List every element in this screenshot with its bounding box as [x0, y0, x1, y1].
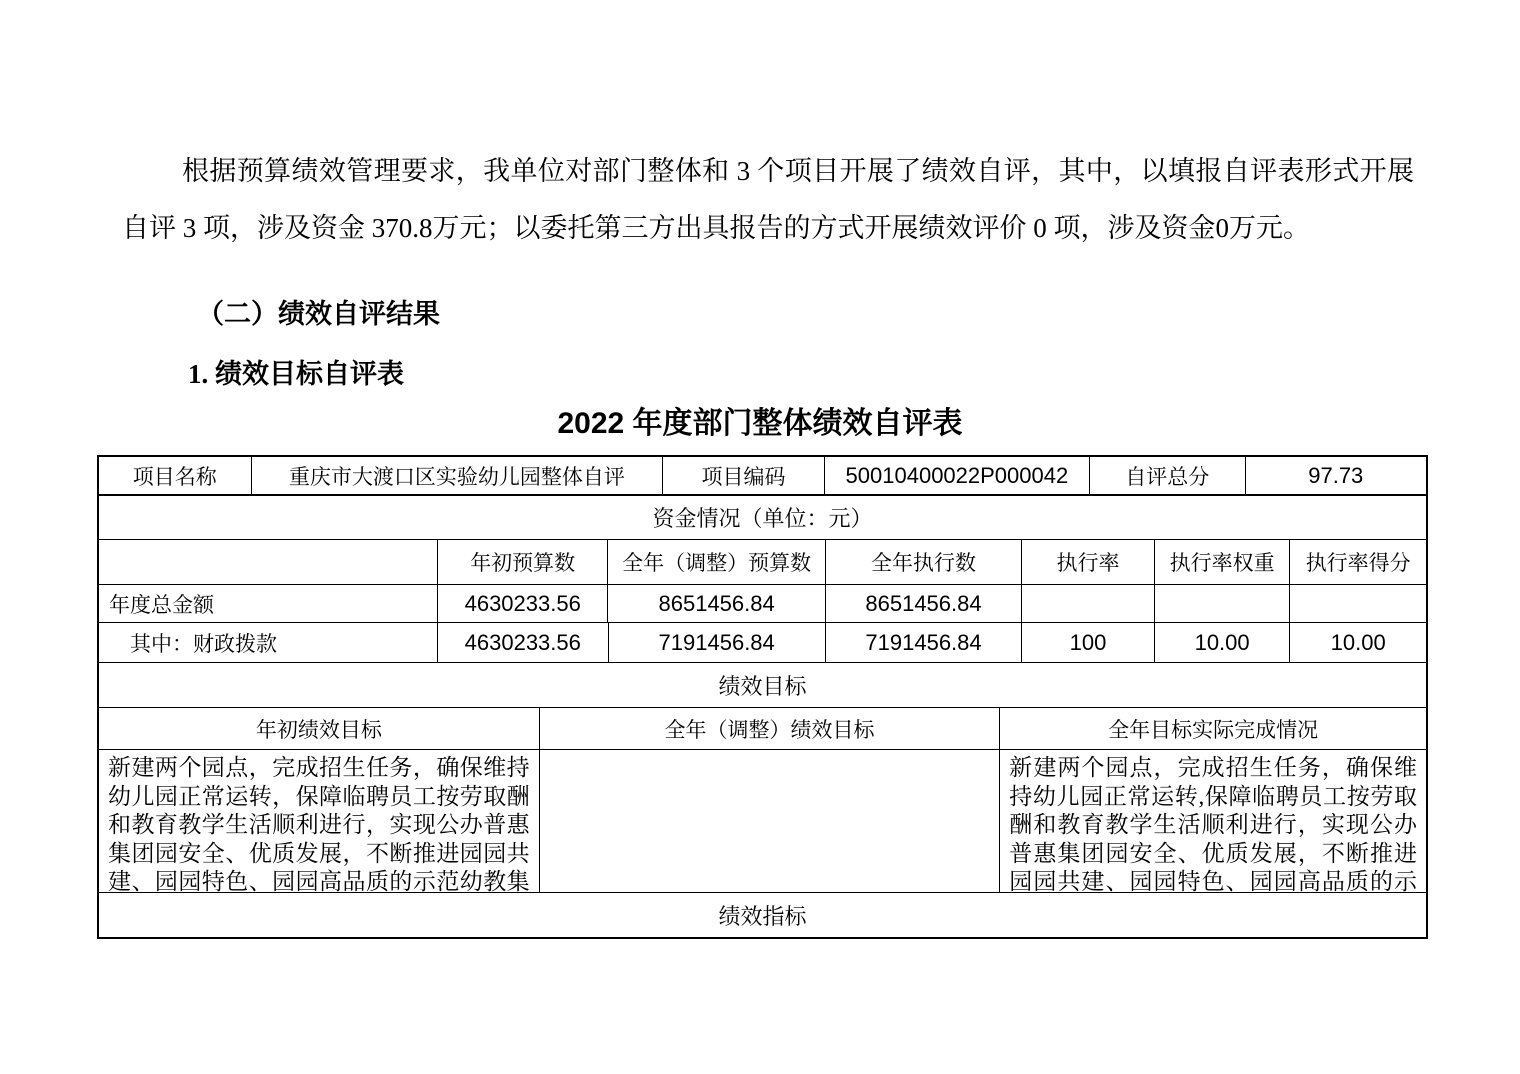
goal-initial-text: 新建两个园点，完成招生任务，确保维持幼儿园正常运转，保障临聘员工按劳取酬和教育教… [99, 750, 539, 892]
goal-adjusted-text [539, 750, 1000, 892]
annual-total-exec-rate-score [1289, 585, 1426, 622]
table-row-project-info: 项目名称 重庆市大渡口区实验幼儿园整体自评 项目编码 50010400022P0… [99, 457, 1426, 494]
table-row-indicators-band: 绩效指标 [99, 892, 1426, 937]
fiscal-exec-rate: 100 [1021, 623, 1154, 662]
fiscal-exec-rate-weight: 10.00 [1154, 623, 1290, 662]
project-code-label: 项目编码 [662, 457, 824, 494]
funds-header-adjusted-budget: 全年（调整）预算数 [607, 540, 824, 584]
goals-header-adjusted: 全年（调整）绩效目标 [539, 708, 1000, 749]
fiscal-executed: 7191456.84 [825, 623, 1021, 662]
table-row-goals-header: 年初绩效目标 全年（调整）绩效目标 全年目标实际完成情况 [99, 707, 1426, 749]
annual-total-exec-rate-weight [1154, 585, 1290, 622]
goals-header-initial: 年初绩效目标 [99, 708, 539, 749]
funds-section-title: 资金情况（单位：元） [99, 496, 1426, 539]
subsection-heading: 1. 绩效目标自评表 [188, 352, 404, 391]
self-score-value: 97.73 [1245, 457, 1426, 494]
fiscal-adjusted-budget: 7191456.84 [608, 623, 825, 662]
annual-total-executed: 8651456.84 [825, 585, 1021, 622]
project-name-label: 项目名称 [99, 457, 251, 494]
document-page: 根据预算绩效管理要求，我单位对部门整体和 3 个项目开展了绩效自评，其中，以填报… [0, 0, 1520, 1074]
table-row-annual-total: 年度总金额 4630233.56 8651456.84 8651456.84 [99, 584, 1426, 622]
funds-header-initial-budget: 年初预算数 [437, 540, 607, 584]
fiscal-initial-budget: 4630233.56 [437, 623, 607, 662]
funds-header-executed: 全年执行数 [825, 540, 1021, 584]
annual-total-initial-budget: 4630233.56 [437, 585, 607, 622]
indicators-section-title: 绩效指标 [99, 893, 1426, 937]
table-row-goals-band: 绩效目标 [99, 662, 1426, 707]
project-name-value: 重庆市大渡口区实验幼儿园整体自评 [251, 457, 663, 494]
funds-header-exec-rate: 执行率 [1021, 540, 1154, 584]
table-row-fiscal-appropriation: 其中：财政拨款 4630233.56 7191456.84 7191456.84… [99, 622, 1426, 662]
performance-self-eval-table: 项目名称 重庆市大渡口区实验幼儿园整体自评 项目编码 50010400022P0… [97, 455, 1428, 939]
section-heading: （二）绩效自评结果 [197, 292, 440, 331]
project-code-value: 50010400022P000042 [824, 457, 1089, 494]
goals-section-title: 绩效目标 [99, 663, 1426, 707]
funds-header-exec-rate-weight: 执行率权重 [1154, 540, 1290, 584]
annual-total-exec-rate [1021, 585, 1154, 622]
goal-actual-text: 新建两个园点，完成招生任务，确保维持幼儿园正常运转,保障临聘员工按劳取酬和教育教… [999, 750, 1426, 892]
annual-total-label: 年度总金额 [99, 585, 437, 622]
fiscal-appropriation-label: 其中：财政拨款 [99, 623, 437, 662]
self-score-label: 自评总分 [1089, 457, 1245, 494]
funds-header-exec-rate-score: 执行率得分 [1289, 540, 1426, 584]
funds-header-empty [99, 540, 437, 584]
goals-header-actual: 全年目标实际完成情况 [999, 708, 1426, 749]
table-row-goals-text: 新建两个园点，完成招生任务，确保维持幼儿园正常运转，保障临聘员工按劳取酬和教育教… [99, 749, 1426, 892]
table-title: 2022 年度部门整体绩效自评表 [0, 398, 1520, 442]
table-row-funds-band: 资金情况（单位：元） [99, 494, 1426, 539]
intro-paragraph: 根据预算绩效管理要求，我单位对部门整体和 3 个项目开展了绩效自评，其中，以填报… [122, 143, 1414, 257]
table-row-funds-header: 年初预算数 全年（调整）预算数 全年执行数 执行率 执行率权重 执行率得分 [99, 539, 1426, 584]
fiscal-exec-rate-score: 10.00 [1289, 623, 1426, 662]
annual-total-adjusted-budget: 8651456.84 [607, 585, 824, 622]
